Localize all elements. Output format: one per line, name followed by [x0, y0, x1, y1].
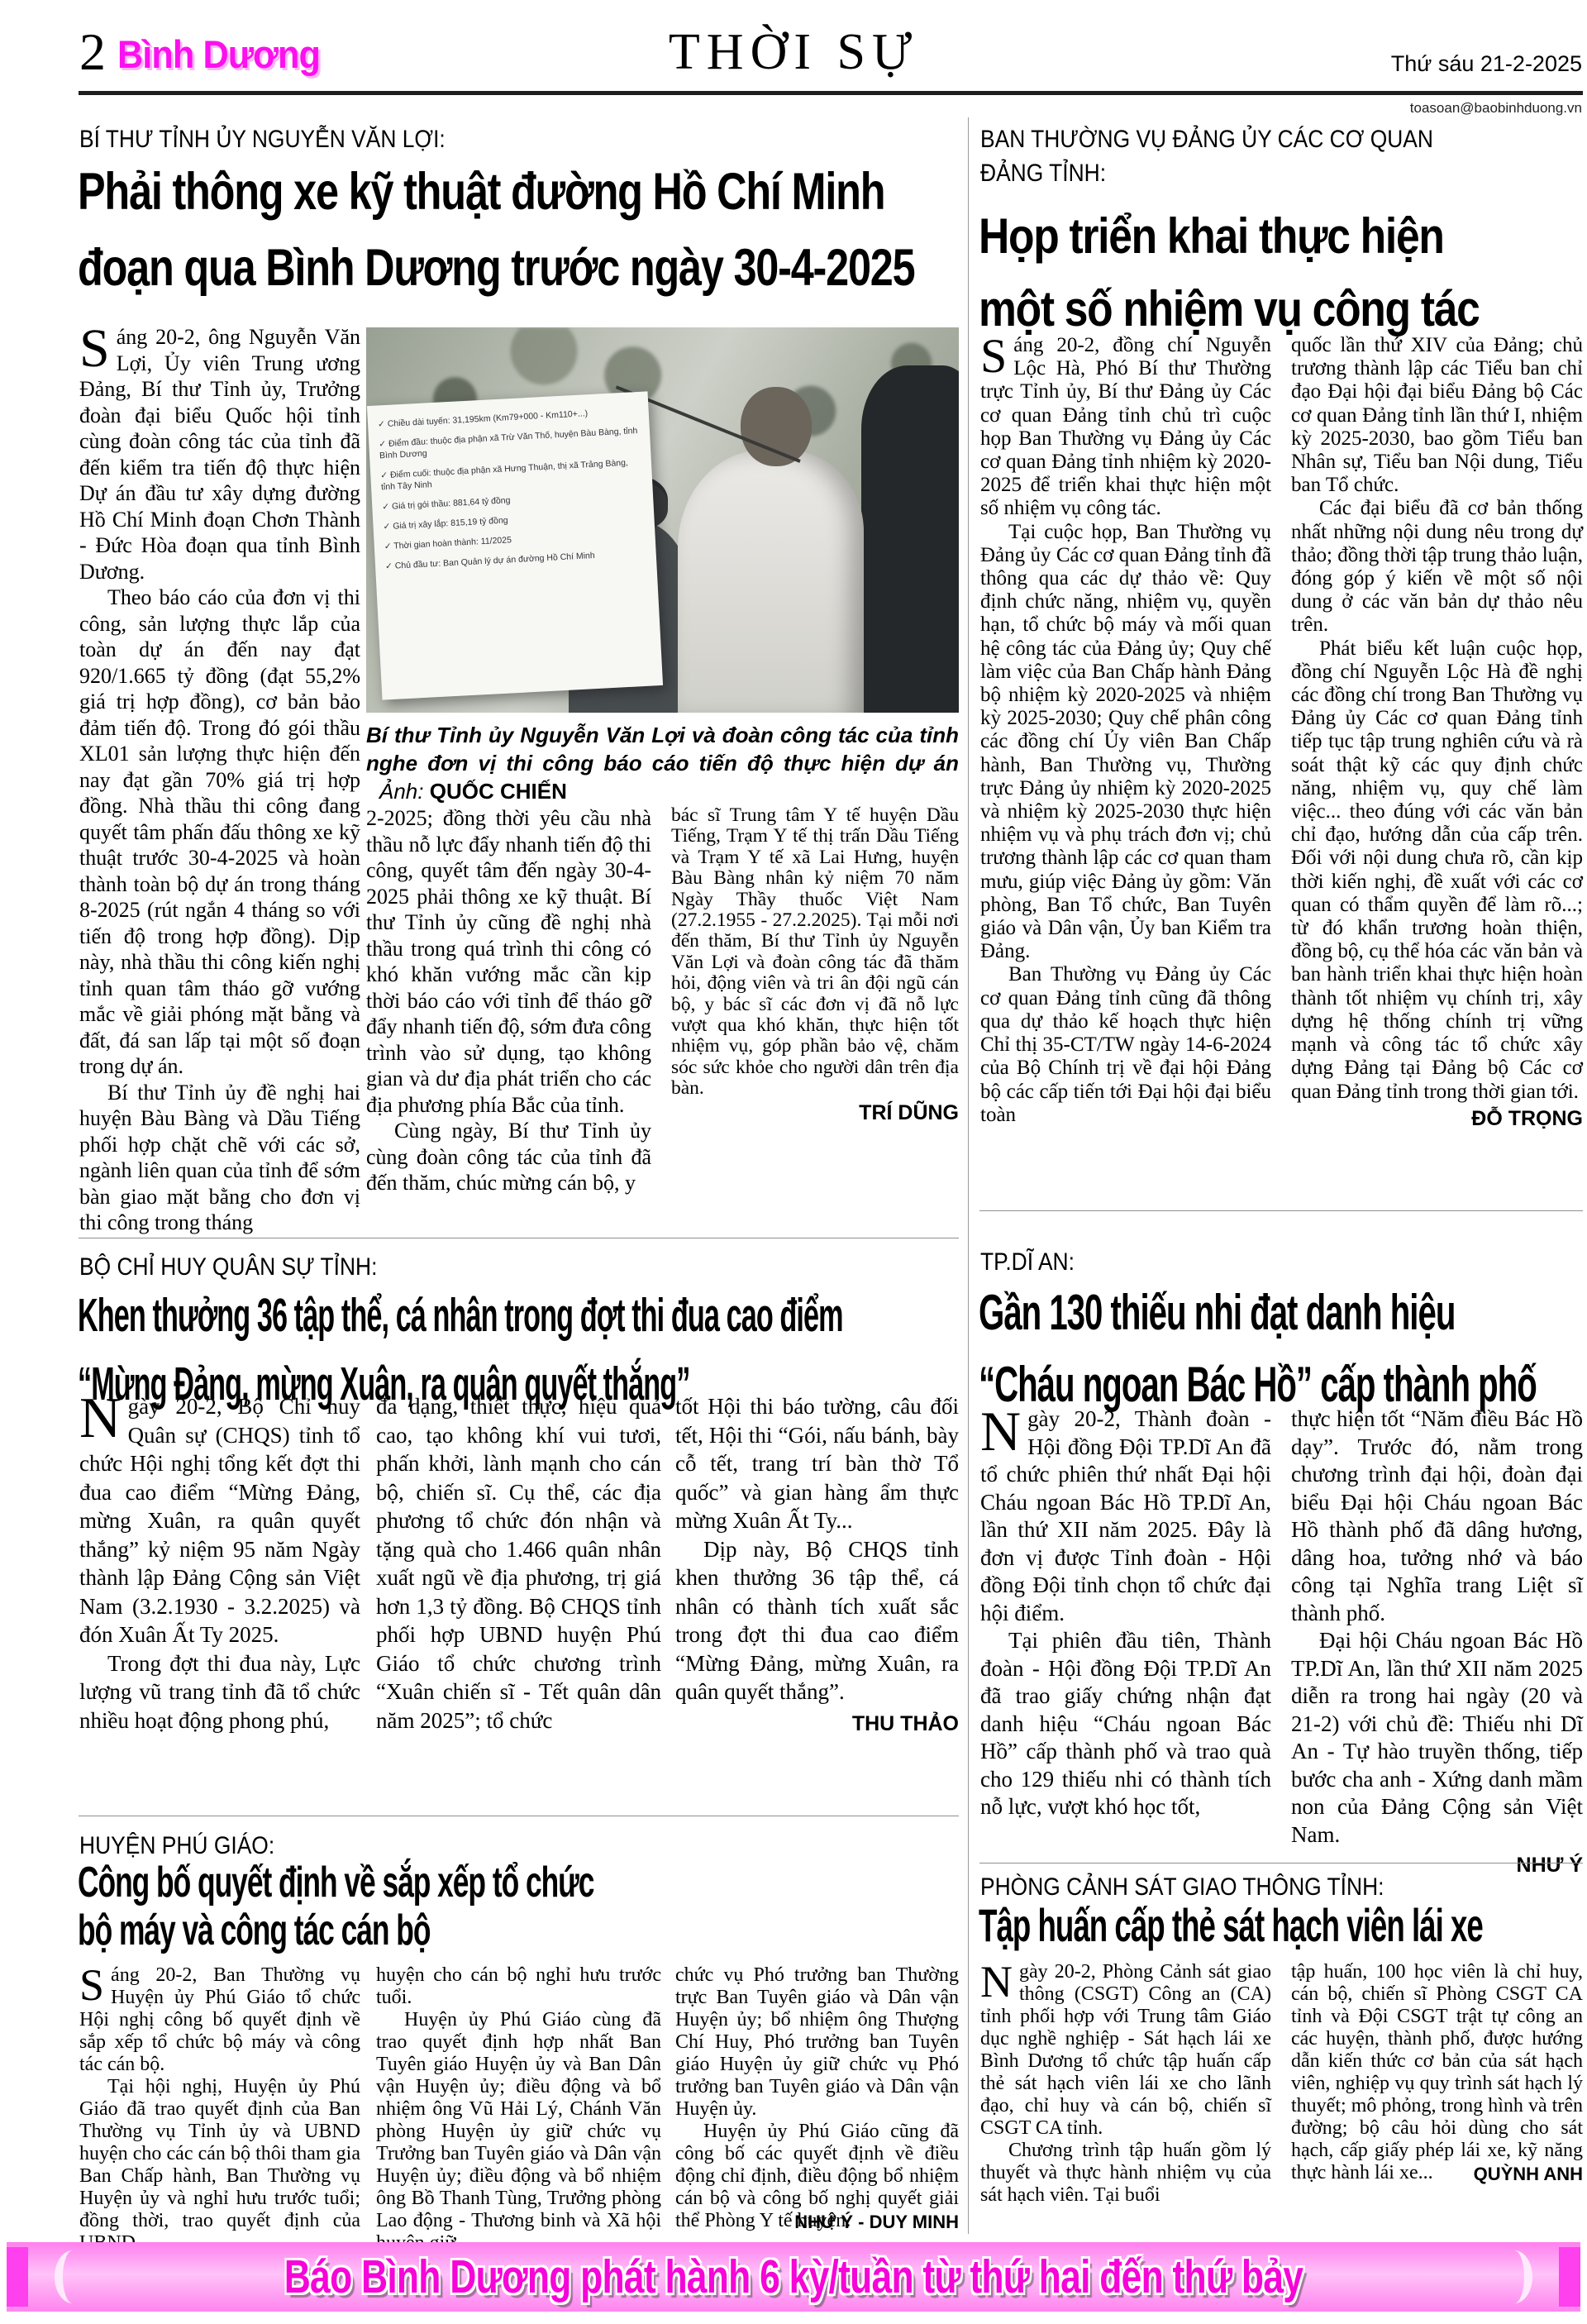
article-4-column-2: thực hiện tốt “Năm điều Bác Hồ dạy”. Trư…: [1291, 1405, 1583, 1880]
banner-paren-right: [1496, 2250, 1532, 2303]
article-2-byline: ĐỖ TRỌNG: [1291, 1107, 1583, 1130]
article-1-headline-line1: Phải thông xe kỹ thuật đường Hồ Chí Minh: [78, 154, 914, 230]
photo-board-line: ✓ Điểm đầu: thuộc địa phận xã Trừ Văn Th…: [379, 425, 642, 462]
article-5-headline: Công bố quyết định về sắp xếp tổ chức bộ…: [78, 1859, 593, 1954]
drop-cap: N: [980, 1961, 1019, 2000]
paragraph: áng 20-2, ông Nguyễn Văn Lợi, Ủy viên Tr…: [79, 325, 360, 584]
article-3-column-2: đa dạng, thiết thực, hiệu quả cao, tạo k…: [376, 1392, 661, 1735]
paragraph: thực hiện tốt “Năm điều Bác Hồ dạy”. Trư…: [1291, 1405, 1583, 1627]
banner-paren-left: [55, 2250, 91, 2303]
divider: [79, 1238, 959, 1238]
article-1-column-2: 2-2025; đồng thời yêu cầu nhà thầu nỗ lự…: [366, 805, 651, 1196]
caption-credit-label: Ảnh:: [379, 779, 424, 804]
article-3-kicker: BỘ CHỈ HUY QUÂN SỰ TỈNH:: [79, 1250, 377, 1284]
paragraph: Ban Thường vụ Đảng ủy Các cơ quan Đảng t…: [980, 963, 1271, 1126]
photo-person-main: [678, 450, 864, 713]
paragraph: Phát biểu kết luận cuộc họp, đồng chí Ng…: [1291, 637, 1583, 1104]
article-6-column-1: Ngày 20-2, Phòng Cảnh sát giao thông (CS…: [980, 1961, 1271, 2207]
article-2-column-1: Sáng 20-2, đồng chí Nguyễn Lộc Hà, Phó B…: [980, 334, 1271, 1127]
photo-person-main-head: [741, 387, 812, 466]
drop-cap: N: [79, 1392, 128, 1442]
article-4-headline: Gần 130 thiếu nhi đạt danh hiệu “Cháu ng…: [979, 1277, 1537, 1420]
paragraph: bác sĩ Trung tâm Y tế huyện Dầu Tiếng, T…: [671, 805, 959, 1100]
divider: [979, 1863, 1583, 1863]
paragraph: Theo báo cáo của đơn vị thi công, sản lư…: [79, 585, 360, 1080]
paragraph: huyện cho cán bộ nghỉ hưu trước tuổi.: [376, 1964, 661, 2009]
article-2-kicker: BAN THƯỜNG VỤ ĐẢNG ỦY CÁC CƠ QUAN ĐẢNG T…: [980, 122, 1433, 190]
drop-cap: S: [79, 324, 117, 371]
paragraph: quốc lần thứ XIV của Đảng; chủ trương th…: [1291, 334, 1583, 497]
paragraph: Các đại biểu đã cơ bản thống nhất những …: [1291, 497, 1583, 637]
article-4-headline-line1: Gần 130 thiếu nhi đạt danh hiệu: [979, 1277, 1537, 1348]
article-5-headline-line2: bộ máy và công tác cán bộ: [78, 1906, 593, 1954]
paragraph: đa dạng, thiết thực, hiệu quả cao, tạo k…: [376, 1392, 661, 1735]
brand-logo: Bình Dương: [117, 31, 320, 77]
paragraph: Chương trình tập huấn gồm lý thuyết và t…: [980, 2140, 1271, 2207]
article-5-column-1: Sáng 20-2, Ban Thường vụ Huyện ủy Phú Gi…: [79, 1964, 360, 2255]
paragraph: Đại hội Cháu ngoan Bác Hồ TP.Dĩ An, lần …: [1291, 1627, 1583, 1849]
photo-person-right: [861, 365, 959, 713]
drop-cap: S: [980, 334, 1013, 375]
paragraph: Tại phiên đầu tiên, Thành đoàn - Hội đồn…: [980, 1627, 1271, 1821]
paragraph: tập huấn, 100 học viên là chỉ huy, cán b…: [1291, 1961, 1583, 2184]
article-6-headline-line1: Tập huấn cấp thẻ sát hạch viên lái xe: [979, 1900, 1483, 1951]
banner-end-left: [7, 2247, 28, 2307]
paragraph: tốt Hội thi báo tường, câu đối tết, Hội …: [675, 1392, 959, 1535]
article-2-kicker-line2: ĐẢNG TỈNH:: [980, 156, 1433, 190]
paragraph: gày 20-2, Phòng Cảnh sát giao thông (CSG…: [980, 1961, 1271, 2139]
paragraph: Bí thư Tỉnh ủy đề nghị hai huyện Bàu Bàn…: [79, 1080, 360, 1236]
article-5-column-2: huyện cho cán bộ nghỉ hưu trước tuổi. Hu…: [376, 1964, 661, 2255]
article-1-byline: TRÍ DŨNG: [671, 1103, 959, 1124]
caption-credit: QUỐC CHIẾN: [430, 779, 567, 804]
newspaper-page: 2 Bình Dương THỜI SỰ Thứ sáu 21-2-2025 t…: [0, 0, 1587, 2324]
article-2-headline-line1: Họp triển khai thực hiện: [979, 200, 1480, 273]
paragraph: Dịp này, Bộ CHQS tỉnh khen thưởng 36 tập…: [675, 1535, 959, 1706]
article-2-column-2: quốc lần thứ XIV của Đảng; chủ trương th…: [1291, 334, 1583, 1130]
divider: [79, 1816, 959, 1816]
paragraph: áng 20-2, đồng chí Nguyễn Lộc Hà, Phó Bí…: [980, 334, 1271, 519]
article-4-kicker: TP.DĨ AN:: [980, 1245, 1075, 1279]
paragraph: Tại hội nghị, Huyện ủy Phú Giáo đã trao …: [79, 2076, 360, 2255]
article-1-photo-caption: Bí thư Tỉnh ủy Nguyễn Văn Lợi và đoàn cô…: [366, 721, 959, 805]
article-4-column-1: Ngày 20-2, Thành đoàn - Hội đồng Đội TP.…: [980, 1405, 1271, 1821]
article-3-column-1: Ngày 20-2, Bộ Chỉ huy Quân sự (CHQS) tỉn…: [79, 1392, 360, 1735]
banner-end-right: [1559, 2247, 1580, 2307]
article-3-column-3: tốt Hội thi báo tường, câu đối tết, Hội …: [675, 1392, 959, 1738]
main-vertical-divider: [968, 117, 969, 2234]
divider: [979, 1210, 1583, 1211]
article-1-kicker: BÍ THƯ TỈNH ỦY NGUYỄN VĂN LỢI:: [79, 122, 446, 156]
drop-cap: S: [79, 1964, 111, 2003]
issue-date: Thứ sáu 21-2-2025: [1391, 51, 1582, 77]
contact-email: toasoan@baobinhduong.vn: [1410, 100, 1582, 117]
paragraph: Trong đợt thi đua này, Lực lượng vũ tran…: [79, 1649, 360, 1735]
article-1-headline-line2: đoạn qua Bình Dương trước ngày 30-4-2025: [78, 230, 914, 306]
page-number: 2: [79, 21, 106, 83]
photo-info-board: ✓ Chiều dài tuyến: 31,195km (Km79+000 - …: [367, 391, 663, 699]
article-1-headline: Phải thông xe kỹ thuật đường Hồ Chí Minh…: [78, 154, 914, 306]
paragraph: Tại cuộc họp, Ban Thường vụ Đảng ủy Các …: [980, 521, 1271, 964]
photo-board-line: ✓ Chủ đầu tư: Ban Quản lý dự án đường Hồ…: [385, 547, 648, 573]
paragraph: chức vụ Phó trưởng ban Thường trực Ban T…: [675, 1964, 959, 2121]
paragraph: Huyện ủy Phú Giáo cùng đã trao quyết địn…: [376, 2009, 661, 2255]
drop-cap: N: [980, 1405, 1027, 1453]
article-3-byline: THU THẢO: [675, 1710, 959, 1739]
section-title: THỜI SỰ: [669, 23, 918, 82]
article-5-headline-line1: Công bố quyết định về sắp xếp tổ chức: [78, 1859, 593, 1906]
article-2-kicker-line1: BAN THƯỜNG VỤ ĐẢNG ỦY CÁC CƠ QUAN: [980, 122, 1433, 156]
article-6-headline: Tập huấn cấp thẻ sát hạch viên lái xe: [979, 1900, 1483, 1951]
caption-text: Bí thư Tỉnh ủy Nguyễn Văn Lợi và đoàn cô…: [366, 723, 959, 775]
masthead-rule: [79, 91, 1583, 95]
paragraph: 2-2025; đồng thời yêu cầu nhà thầu nỗ lự…: [366, 805, 651, 1118]
paragraph: áng 20-2, Ban Thường vụ Huyện ủy Phú Giá…: [79, 1964, 360, 2075]
article-6-column-2: tập huấn, 100 học viên là chỉ huy, cán b…: [1291, 1961, 1583, 2185]
footer-banner: Báo Bình Dương phát hành 6 kỳ/tuần từ th…: [7, 2242, 1580, 2312]
article-1-column-1: Sáng 20-2, ông Nguyễn Văn Lợi, Ủy viên T…: [79, 324, 360, 1236]
footer-banner-text: Báo Bình Dương phát hành 6 kỳ/tuần từ th…: [179, 2242, 1407, 2312]
article-1-column-3: bác sĩ Trung tâm Y tế huyện Dầu Tiếng, T…: [671, 805, 959, 1124]
photo-board-line: ✓ Điểm cuối: thuộc địa phận xã Hưng Thuậ…: [380, 456, 644, 494]
article-2-headline: Họp triển khai thực hiện một số nhiệm vụ…: [979, 200, 1480, 346]
article-5-kicker: HUYỆN PHÚ GIÁO:: [79, 1829, 274, 1863]
article-3-headline-line1: Khen thưởng 36 tập thể, cá nhân trong đợ…: [78, 1281, 843, 1350]
article-1-photo: ✓ Chiều dài tuyến: 31,195km (Km79+000 - …: [366, 327, 959, 713]
article-5-column-3: chức vụ Phó trưởng ban Thường trực Ban T…: [675, 1964, 959, 2233]
paragraph: Cùng ngày, Bí thư Tỉnh ủy cùng đoàn công…: [366, 1118, 651, 1196]
